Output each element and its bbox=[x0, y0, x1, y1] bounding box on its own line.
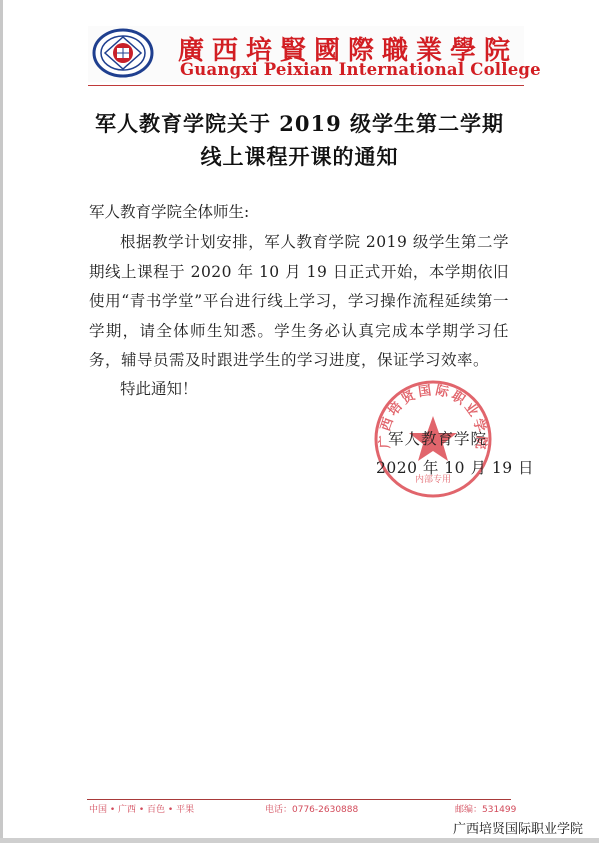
college-name-english: Guangxi Peixian International College bbox=[180, 60, 541, 79]
letterhead-banner: 廣西培賢國際職業學院 Guangxi Peixian International… bbox=[88, 26, 524, 82]
notice-body-paragraph: 根据教学计划安排，军人教育学院 2019 级学生第二学期线上课程于 2020 年… bbox=[89, 228, 509, 376]
signature-date: 2020 年 10 月 19 日 bbox=[376, 456, 534, 478]
salutation: 军人教育学院全体师生: bbox=[89, 198, 509, 228]
footer-divider bbox=[87, 799, 511, 800]
footer-address: 中国 • 广西 • 百色 • 平果 bbox=[89, 802, 194, 815]
source-watermark: 广西培贤国际职业学院 bbox=[453, 818, 583, 837]
signature-organization: 军人教育学院 bbox=[388, 427, 487, 449]
college-emblem-icon bbox=[92, 28, 154, 78]
banner-divider bbox=[88, 85, 524, 86]
notice-title-line2: 线上课程开课的通知 bbox=[0, 141, 599, 171]
page-edge-bottom bbox=[0, 838, 599, 843]
notice-title-line1: 军人教育学院关于 2019 级学生第二学期 bbox=[0, 108, 599, 138]
footer-postcode: 邮编：531499 bbox=[455, 802, 516, 815]
footer-phone: 电话：0776-2630888 bbox=[265, 802, 358, 815]
